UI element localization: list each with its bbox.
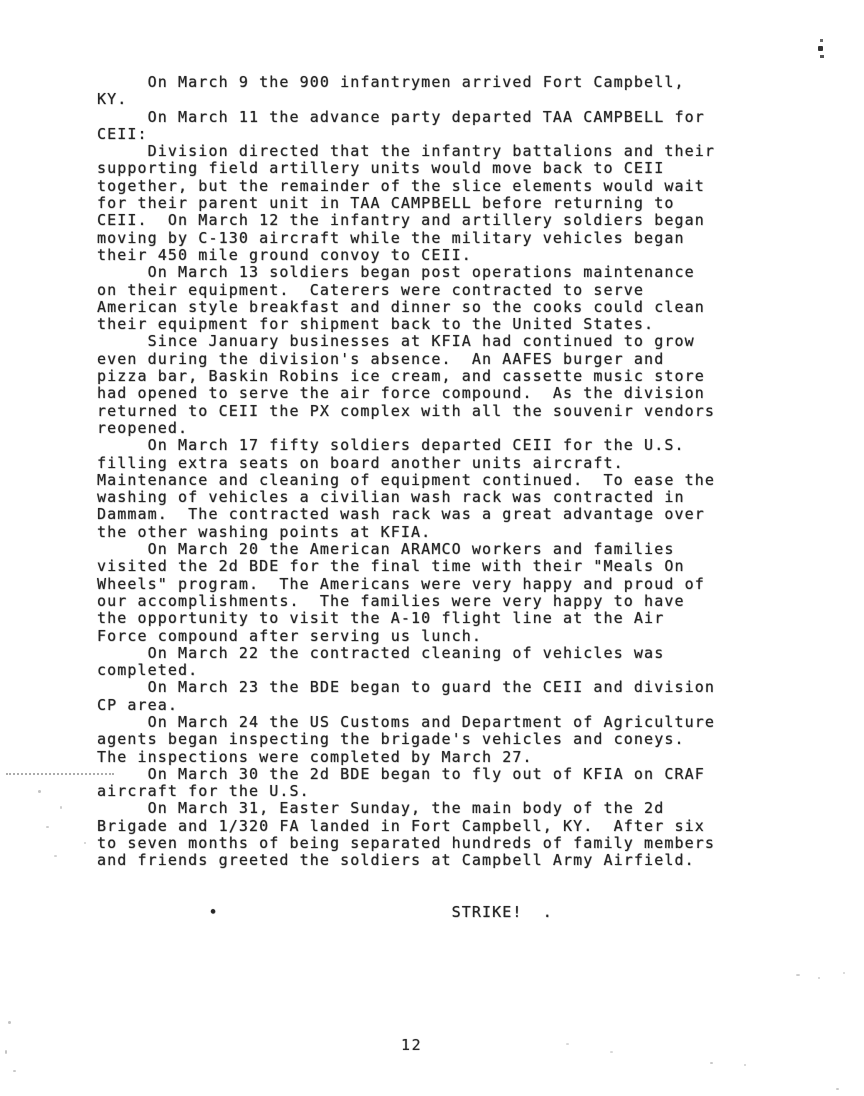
text-line: CEII. On March 12 the infantry and artil… [97, 212, 757, 229]
text-line: on their equipment. Caterers were contra… [97, 282, 757, 299]
text-line: CP area. [97, 697, 757, 714]
text-line: On March 20 the American ARAMCO workers … [97, 541, 757, 558]
text-line: American style breakfast and dinner so t… [97, 299, 757, 316]
scan-artifact-smudge [820, 55, 824, 58]
text-line: Force compound after serving us lunch. [97, 628, 757, 645]
text-line: agents began inspecting the brigade's ve… [97, 731, 757, 748]
scan-artifact-speck [60, 806, 62, 809]
scan-artifact-speck [84, 842, 86, 844]
scan-artifact-speck [710, 1062, 713, 1064]
scan-artifact-speck [610, 1051, 613, 1053]
scan-artifact-speck [796, 974, 800, 976]
text-line: for their parent unit in TAA CAMPBELL be… [97, 195, 757, 212]
scan-artifact-speck [843, 972, 845, 974]
text-line: KY. [97, 91, 757, 108]
text-line: On March 31, Easter Sunday, the main bod… [97, 800, 757, 817]
text-line: • STRIKE! . [97, 904, 757, 921]
text-line: their equipment for shipment back to the… [97, 316, 757, 333]
text-line: On March 13 soldiers began post operatio… [97, 264, 757, 281]
document-page: On March 9 the 900 infantrymen arrived F… [0, 0, 864, 1096]
text-line: The inspections were completed by March … [97, 749, 757, 766]
text-line: Maintenance and cleaning of equipment co… [97, 472, 757, 489]
text-line: On March 23 the BDE began to guard the C… [97, 679, 757, 696]
text-line: moving by C-130 aircraft while the milit… [97, 230, 757, 247]
text-line: returned to CEII the PX complex with all… [97, 403, 757, 420]
text-line: even during the division's absence. An A… [97, 351, 757, 368]
text-line: reopened. [97, 420, 757, 437]
scan-artifact-speck [744, 1064, 746, 1066]
text-line [97, 887, 757, 904]
text-line: CEII: [97, 126, 757, 143]
document-text: On March 9 the 900 infantrymen arrived F… [97, 74, 757, 922]
text-line: the other washing points at KFIA. [97, 524, 757, 541]
scan-artifact-smudge [820, 39, 823, 42]
text-line: to seven months of being separated hundr… [97, 835, 757, 852]
text-line: On March 11 the advance party departed T… [97, 109, 757, 126]
scan-artifact-speck [8, 1021, 11, 1024]
text-line: On March 22 the contracted cleaning of v… [97, 645, 757, 662]
text-line: On March 17 fifty soldiers departed CEII… [97, 437, 757, 454]
scan-artifact-speck [5, 1050, 7, 1054]
text-line: Wheels" program. The Americans were very… [97, 576, 757, 593]
text-line: On March 30 the 2d BDE began to fly out … [97, 766, 757, 783]
text-line: and friends greeted the soldiers at Camp… [97, 852, 757, 869]
text-line [97, 870, 757, 887]
text-line: supporting field artillery units would m… [97, 160, 757, 177]
text-line: Brigade and 1/320 FA landed in Fort Camp… [97, 818, 757, 835]
text-line: visited the 2d BDE for the final time wi… [97, 558, 757, 575]
text-line: the opportunity to visit the A-10 flight… [97, 610, 757, 627]
scan-artifact-speck [54, 855, 57, 857]
text-line: Since January businesses at KFIA had con… [97, 333, 757, 350]
scan-artifact-speck [836, 1088, 839, 1090]
text-line: pizza bar, Baskin Robins ice cream, and … [97, 368, 757, 385]
text-line: aircraft for the U.S. [97, 783, 757, 800]
text-line: our accomplishments. The families were v… [97, 593, 757, 610]
scan-artifact-smudge [818, 46, 823, 51]
text-line: On March 24 the US Customs and Departmen… [97, 714, 757, 731]
scan-artifact-speck [38, 790, 41, 793]
text-line: washing of vehicles a civilian wash rack… [97, 489, 757, 506]
scan-artifact-speck [818, 977, 820, 979]
scan-artifact-speck [46, 826, 49, 828]
page-number: 12 [401, 1036, 422, 1054]
text-line: filling extra seats on board another uni… [97, 455, 757, 472]
text-line: Dammam. The contracted wash rack was a g… [97, 506, 757, 523]
text-line: together, but the remainder of the slice… [97, 178, 757, 195]
text-line: On March 9 the 900 infantrymen arrived F… [97, 74, 757, 91]
text-line: had opened to serve the air force compou… [97, 385, 757, 402]
text-line: Division directed that the infantry batt… [97, 143, 757, 160]
text-line: completed. [97, 662, 757, 679]
scan-artifact-speck [566, 1043, 569, 1045]
text-line: their 450 mile ground convoy to CEII. [97, 247, 757, 264]
scan-artifact-speck [13, 1070, 16, 1072]
